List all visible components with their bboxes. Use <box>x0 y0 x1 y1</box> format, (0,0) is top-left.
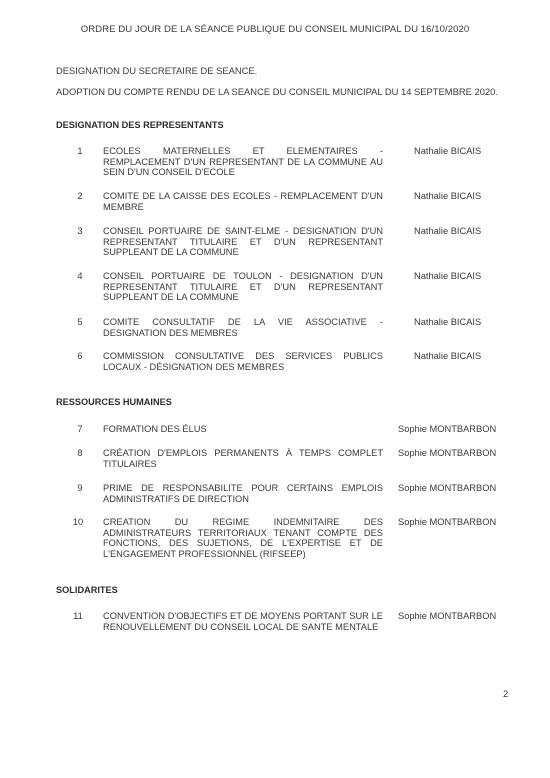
intro-line-secretary: DESIGNATION DU SECRETAIRE DE SEANCE. <box>56 66 257 77</box>
section-heading-ressources-humaines: RESSOURCES HUMAINES <box>56 397 172 408</box>
item-number: 9 <box>74 483 86 494</box>
item-rapporteur: Nathalie BICAIS <box>414 351 481 362</box>
section-heading-solidarites: SOLIDARITES <box>56 585 118 596</box>
item-rapporteur: Sophie MONTBARBON <box>398 611 496 622</box>
item-rapporteur: Sophie MONTBARBON <box>398 424 496 435</box>
section-heading-representants: DESIGNATION DES REPRESENTANTS <box>56 120 224 131</box>
item-text: CRÉATION D'EMPLOIS PERMANENTS À TEMPS CO… <box>103 448 383 469</box>
item-number: 4 <box>74 271 86 282</box>
item-text: PRIME DE RESPONSABILITE POUR CERTAINS EM… <box>103 483 383 504</box>
item-number: 3 <box>74 226 86 237</box>
item-rapporteur: Nathalie BICAIS <box>414 146 481 157</box>
item-text: CONVENTION D'OBJECTIFS ET DE MOYENS PORT… <box>103 611 383 632</box>
item-rapporteur: Nathalie BICAIS <box>414 191 481 202</box>
item-number: 8 <box>74 448 86 459</box>
item-number: 10 <box>72 517 84 528</box>
item-rapporteur: Nathalie BICAIS <box>414 271 481 282</box>
item-text: CREATION DU REGIME INDEMNITAIRE DES ADMI… <box>103 517 383 559</box>
item-number: 2 <box>74 191 86 202</box>
item-text: COMITE CONSULTATIF DE LA VIE ASSOCIATIVE… <box>103 317 383 338</box>
intro-line-adoption: ADOPTION DU COMPTE RENDU DE LA SEANCE DU… <box>56 87 498 98</box>
item-text: FORMATION DES ÉLUS <box>103 424 383 435</box>
document-title: ORDRE DU JOUR DE LA SÉANCE PUBLIQUE DU C… <box>0 25 550 36</box>
item-rapporteur: Nathalie BICAIS <box>414 226 481 237</box>
item-rapporteur: Sophie MONTBARBON <box>398 483 496 494</box>
item-number: 6 <box>74 351 86 362</box>
item-number: 5 <box>74 317 86 328</box>
item-text: ECOLES MATERNELLES ET ELEMENTAIRES - REM… <box>103 146 383 178</box>
item-text: CONSEIL PORTUAIRE DE SAINT-ELME - DESIGN… <box>103 226 383 258</box>
page-number: 2 <box>503 690 508 701</box>
item-number: 7 <box>74 424 86 435</box>
item-number: 1 <box>74 146 86 157</box>
item-text: CONSEIL PORTUAIRE DE TOULON - DESIGNATIO… <box>103 271 383 303</box>
item-rapporteur: Sophie MONTBARBON <box>398 448 496 459</box>
item-text: COMMISSION CONSULTATIVE DES SERVICES PUB… <box>103 351 383 372</box>
item-text: COMITE DE LA CAISSE DES ECOLES - REMPLAC… <box>103 191 383 212</box>
item-number: 11 <box>72 611 84 622</box>
item-rapporteur: Sophie MONTBARBON <box>398 517 496 528</box>
item-rapporteur: Nathalie BICAIS <box>414 317 481 328</box>
